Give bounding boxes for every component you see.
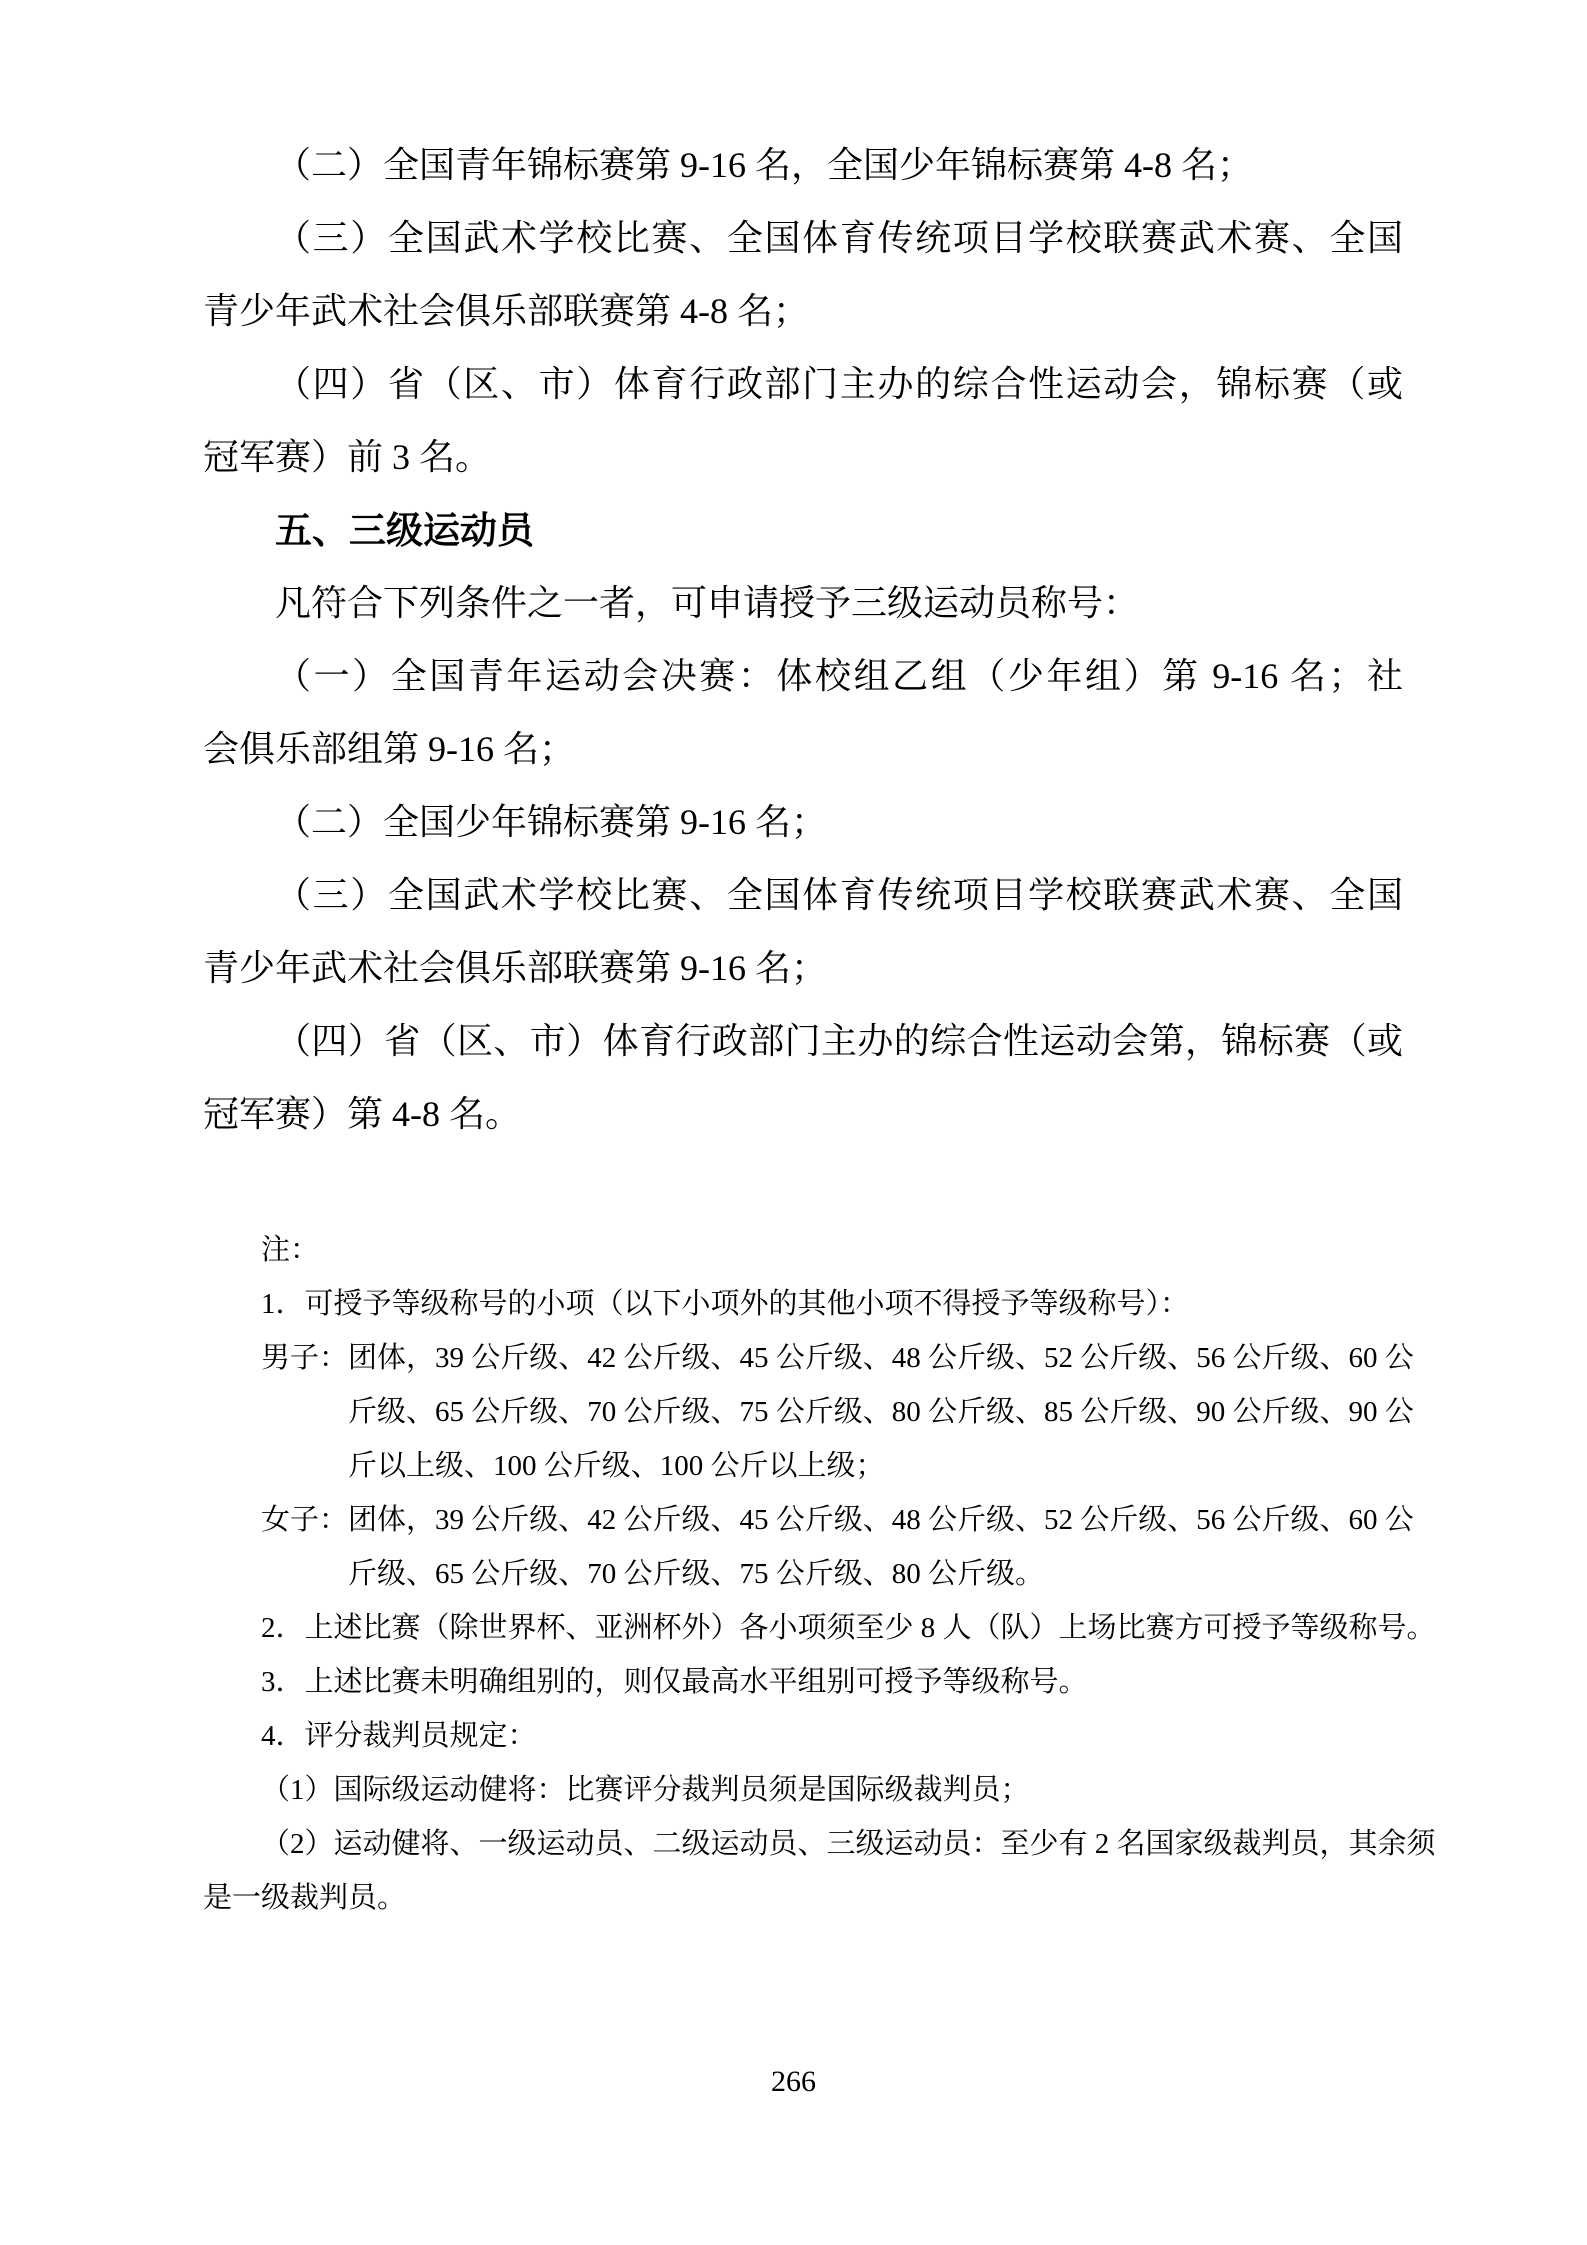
- page-footer: 266: [0, 2062, 1587, 2102]
- note-line: 斤级、65 公斤级、70 公斤级、75 公斤级、80 公斤级。: [203, 1547, 1418, 1601]
- body-text-block: （二）全国青年锦标赛第 9-16 名，全国少年锦标赛第 4-8 名； （三）全国…: [203, 129, 1403, 1151]
- note-line: 斤级、65 公斤级、70 公斤级、75 公斤级、80 公斤级、85 公斤级、90…: [203, 1385, 1418, 1439]
- body-line: （四）省（区、市）体育行政部门主办的综合性运动会，锦标赛（或: [203, 348, 1403, 421]
- note-line: （2）运动健将、一级运动员、二级运动员、三级运动员：至少有 2 名国家级裁判员，…: [203, 1817, 1418, 1871]
- note-line: 3．上述比赛未明确组别的，则仅最高水平组别可授予等级称号。: [203, 1655, 1418, 1709]
- body-line: 会俱乐部组第 9-16 名；: [203, 713, 1403, 786]
- body-line: 冠军赛）前 3 名。: [203, 421, 1403, 494]
- note-line: 斤以上级、100 公斤级、100 公斤以上级；: [203, 1439, 1418, 1493]
- note-line: （1）国际级运动健将：比赛评分裁判员须是国际级裁判员；: [203, 1763, 1418, 1817]
- body-line: （四）省（区、市）体育行政部门主办的综合性运动会第，锦标赛（或: [203, 1005, 1403, 1078]
- note-label: 注：: [203, 1223, 1418, 1277]
- body-line: （二）全国少年锦标赛第 9-16 名；: [203, 786, 1403, 859]
- body-line: （三）全国武术学校比赛、全国体育传统项目学校联赛武术赛、全国: [203, 202, 1403, 275]
- note-line: 是一级裁判员。: [203, 1871, 1418, 1925]
- body-line: 冠军赛）第 4-8 名。: [203, 1078, 1403, 1151]
- body-line: 青少年武术社会俱乐部联赛第 4-8 名；: [203, 275, 1403, 348]
- note-line: 男子：团体，39 公斤级、42 公斤级、45 公斤级、48 公斤级、52 公斤级…: [203, 1331, 1418, 1385]
- body-line: 凡符合下列条件之一者，可申请授予三级运动员称号：: [203, 567, 1403, 640]
- section-heading: 五、三级运动员: [203, 494, 1403, 567]
- note-line: 女子：团体，39 公斤级、42 公斤级、45 公斤级、48 公斤级、52 公斤级…: [203, 1493, 1418, 1547]
- body-line: （一）全国青年运动会决赛：体校组乙组（少年组）第 9-16 名；社: [203, 640, 1403, 713]
- notes-block: 注： 1．可授予等级称号的小项（以下小项外的其他小项不得授予等级称号）： 男子：…: [203, 1223, 1418, 1925]
- note-line: 2．上述比赛（除世界杯、亚洲杯外）各小项须至少 8 人（队）上场比赛方可授予等级…: [203, 1601, 1418, 1655]
- note-line: 1．可授予等级称号的小项（以下小项外的其他小项不得授予等级称号）：: [203, 1277, 1418, 1331]
- body-line: 青少年武术社会俱乐部联赛第 9-16 名；: [203, 932, 1403, 1005]
- page-number: 266: [771, 2065, 816, 2098]
- body-line: （三）全国武术学校比赛、全国体育传统项目学校联赛武术赛、全国: [203, 859, 1403, 932]
- note-line: 4．评分裁判员规定：: [203, 1709, 1418, 1763]
- document-page: （二）全国青年锦标赛第 9-16 名，全国少年锦标赛第 4-8 名； （三）全国…: [0, 0, 1587, 2245]
- body-line: （二）全国青年锦标赛第 9-16 名，全国少年锦标赛第 4-8 名；: [203, 129, 1403, 202]
